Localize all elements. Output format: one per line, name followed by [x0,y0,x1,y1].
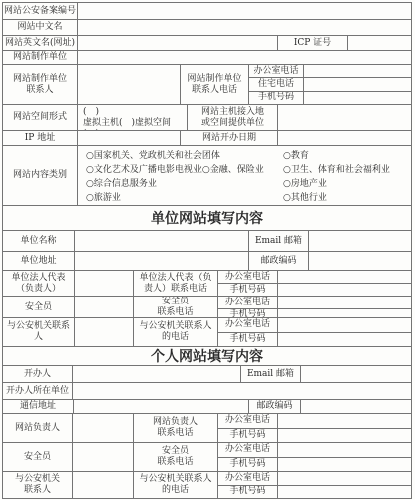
mailing-address-value [74,400,249,413]
row-site-manager: 网站负责人 网站负责人 联系电话 办公室电话 手机号码 [3,414,411,443]
org-address-label: 单位地址 [3,252,75,270]
category-option: ○卫生、体育和社会福利业 [283,163,411,177]
site-manager-phones: 办公室电话 手机号码 [218,414,411,442]
category-options: ○国家机关、党政机关和社会团体 ○文化艺术及广播电影电视业○金融、保险业 ○综合… [78,146,411,205]
row-personal-security: 安全员 安全员 联系电话 办公室电话 手机号码 [3,443,411,472]
office-phone-value [278,414,411,428]
legal-rep-label: 单位法人代表 （负责人） [3,271,75,296]
row-filing-number: 网站公安备案编号 [3,3,411,20]
row-org-legal-rep: 单位法人代表 （负责人） 单位法人代表（负 责人）联系电话 办公室电话 手机号码 [3,271,411,297]
org-email-label: Email 邮箱 [249,231,309,251]
mobile-phone-value [278,458,411,472]
row-org-security: 安全员 安全员 联系电话 办公室电话 手机号码 [3,297,411,318]
org-name-label: 单位名称 [3,231,75,251]
police-contact-label: 与公安机关联系 人 [3,318,75,346]
category-option: ○国家机关、党政机关和社会团体 [86,149,283,163]
mobile-phone-value [278,429,411,443]
space-type-label: 网站空间形式 [3,105,78,130]
icp-value [348,36,411,50]
police-contact-value [75,318,134,346]
row-org-police-contact: 与公安机关联系 人 与公安机关联系人 的电话 办公室电话 手机号码 [3,318,411,347]
personal-email-value [301,366,411,382]
mobile-phone-value [304,92,411,104]
office-phone-label: 办公室电话 [218,472,278,485]
security-officer-phones: 办公室电话 手机号码 [218,297,411,317]
maker-contact-value [78,65,181,104]
cn-name-value [78,20,411,35]
en-name-value [78,36,278,50]
mobile-phone-label: 手机号码 [218,458,278,472]
row-maker: 网站制作单位 [3,51,411,65]
legal-rep-phone-label: 单位法人代表（负 责人）联系电话 [134,271,218,296]
category-options-right: ○教育 ○卫生、体育和社会福利业 ○房地产业 ○其他行业 [283,149,411,202]
row-maker-contact: 网站制作单位 联系人 网站制作单位 联系人电话 办公室电话 住宅电话 手机号码 [3,65,411,105]
site-manager-label: 网站负责人 [3,414,73,442]
ip-label: IP 地址 [3,131,78,145]
category-options-left: ○国家机关、党政机关和社会团体 ○文化艺术及广播电影电视业○金融、保险业 ○综合… [86,149,283,202]
mobile-phone-label: 手机号码 [249,92,304,104]
org-address-value [75,252,249,270]
mobile-phone-label: 手机号码 [218,333,278,347]
filing-form: 网站公安备案编号 网站中文名 网站英文名(网址) ICP 证号 网站制作单位 网… [2,2,412,499]
maker-contact-phone-label: 网站制作单位 联系人电话 [181,65,249,104]
row-ip: IP 地址 网站开办日期 [3,131,411,146]
category-option: ○综合信息服务业 [86,177,283,191]
security-officer-phone-label: 安全员 联系电话 [134,443,218,471]
personal-police-phones: 办公室电话 手机号码 [218,472,411,498]
police-contact-phone-label: 与公安机关联系人 的电话 [134,318,218,346]
org-email-value [309,231,411,251]
security-officer-value [73,443,134,471]
filing-number-label: 网站公安备案编号 [3,3,78,19]
police-office-row: 办公室电话 [218,318,411,333]
site-manager-mobile-row: 手机号码 [218,429,411,443]
office-phone-label: 办公室电话 [218,297,278,308]
home-phone-value [304,78,411,90]
security-officer-value [75,297,134,317]
founder-label: 开办人 [3,366,73,382]
org-section-header: 单位网站填写内容 [3,206,411,231]
row-en-name: 网站英文名(网址) ICP 证号 [3,36,411,51]
category-option: ○其他行业 [283,191,411,205]
mobile-phone-value [278,333,411,347]
personal-police-office-row: 办公室电话 [218,472,411,486]
office-phone-label: 办公室电话 [218,443,278,457]
site-manager-value [73,414,134,442]
office-phone-label: 办公室电话 [218,414,278,428]
office-phone-label: 办公室电话 [218,271,278,283]
row-mailing-address: 通信地址 邮政编码 [3,400,411,414]
host-provider-label: 网站主机接入地 或空间提供单位 [188,105,278,130]
mailing-address-label: 通信地址 [3,400,74,413]
security-officer-label: 安全员 [3,443,73,471]
founder-org-value [73,383,411,399]
legal-rep-value [75,271,134,296]
org-postal-label: 邮政编码 [249,252,309,270]
category-option: ○教育 [283,149,411,163]
row-founder: 开办人 Email 邮箱 [3,366,411,383]
maker-office-phone-row: 办公室电话 [249,65,411,78]
security-officer-phone-label: 安全员 联系电话 [134,297,218,317]
launch-date-value [278,131,411,145]
police-contact-label: 与公安机关 联系人 [3,472,73,498]
office-phone-value [304,65,411,77]
en-name-label: 网站英文名(网址) [3,36,78,50]
row-org-address: 单位地址 邮政编码 [3,252,411,271]
space-option-line1: 专用主机( )托管主机( ) [83,105,187,118]
org-postal-value [309,252,411,270]
maker-home-phone-row: 住宅电话 [249,78,411,91]
legal-rep-mobile-row: 手机号码 [218,284,411,296]
police-contact-phones: 办公室电话 手机号码 [218,318,411,346]
maker-mobile-row: 手机号码 [249,92,411,104]
row-founder-org: 开办人所在单位 [3,383,411,400]
home-phone-label: 住宅电话 [249,78,304,90]
host-provider-value [278,105,411,130]
security-officer-label: 安全员 [3,297,75,317]
category-option: ○房地产业 [283,177,411,191]
space-option-line2: 虚拟主机( )虚拟空间( ) [83,118,187,131]
ip-value [78,131,181,145]
personal-security-phones: 办公室电话 手机号码 [218,443,411,471]
personal-email-label: Email 邮箱 [241,366,301,382]
category-option: ○旅游业 [86,191,283,205]
mobile-phone-label: 手机号码 [218,486,278,499]
filing-number-value [78,3,411,19]
row-cn-name: 网站中文名 [3,20,411,36]
personal-postal-value [301,400,411,413]
office-phone-value [278,297,411,308]
row-org-name: 单位名称 Email 邮箱 [3,231,411,252]
maker-contact-label: 网站制作单位 联系人 [3,65,78,104]
row-category: 网站内容类别 ○国家机关、党政机关和社会团体 ○文化艺术及广播电影电视业○金融、… [3,146,411,206]
founder-org-label: 开办人所在单位 [3,383,73,399]
police-contact-phone-label: 与公安机关联系人 的电话 [134,472,218,498]
office-phone-value [278,443,411,457]
maker-contact-phones: 办公室电话 住宅电话 手机号码 [249,65,411,104]
row-personal-police-contact: 与公安机关 联系人 与公安机关联系人 的电话 办公室电话 手机号码 [3,472,411,498]
office-phone-value [278,472,411,485]
personal-postal-label: 邮政编码 [249,400,301,413]
site-manager-office-row: 办公室电话 [218,414,411,429]
maker-value [78,51,411,64]
personal-police-mobile-row: 手机号码 [218,486,411,499]
site-manager-phone-label: 网站负责人 联系电话 [134,414,218,442]
row-space-type: 网站空间形式 专用主机( )托管主机( ) 虚拟主机( )虚拟空间( ) 网站主… [3,105,411,131]
launch-date-label: 网站开办日期 [181,131,278,145]
founder-value [73,366,241,382]
mobile-phone-value [278,284,411,296]
personal-security-mobile-row: 手机号码 [218,458,411,472]
icp-label: ICP 证号 [278,36,348,50]
space-type-options: 专用主机( )托管主机( ) 虚拟主机( )虚拟空间( ) [78,105,188,130]
police-mobile-row: 手机号码 [218,333,411,347]
legal-rep-office-row: 办公室电话 [218,271,411,284]
office-phone-value [278,271,411,283]
mobile-phone-label: 手机号码 [218,429,278,443]
office-phone-label: 办公室电话 [218,318,278,332]
org-name-value [75,231,249,251]
police-contact-value [73,472,134,498]
office-phone-label: 办公室电话 [249,65,304,77]
mobile-phone-label: 手机号码 [218,284,278,296]
personal-security-office-row: 办公室电话 [218,443,411,458]
category-option: ○文化艺术及广播电影电视业○金融、保险业 [86,163,283,177]
security-office-row: 办公室电话 [218,297,411,309]
maker-label: 网站制作单位 [3,51,78,64]
category-label: 网站内容类别 [3,146,78,205]
legal-rep-phones: 办公室电话 手机号码 [218,271,411,296]
personal-section-header: 个人网站填写内容 [3,347,411,366]
office-phone-value [278,318,411,332]
mobile-phone-value [278,486,411,499]
cn-name-label: 网站中文名 [3,20,78,35]
